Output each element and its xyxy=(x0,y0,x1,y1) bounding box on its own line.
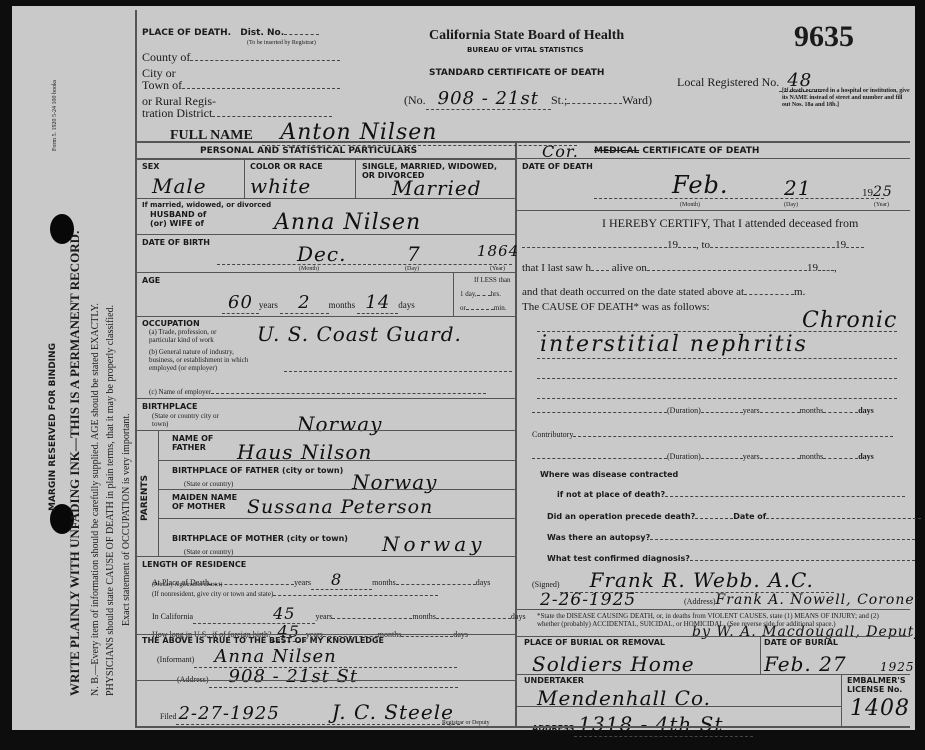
hospital-note: [If death occurred in a hospital or inst… xyxy=(782,88,912,109)
rule xyxy=(453,272,454,316)
rule xyxy=(135,680,515,681)
contributory-field: Contributory xyxy=(532,430,893,439)
spouse-value: Anna Nilsen xyxy=(274,210,421,235)
physicians-instructions: PHYSICIANS should state CAUSE OF DEATH i… xyxy=(105,305,116,696)
if-not-field: if not at place of death? xyxy=(557,490,905,499)
certify-text: I HEREBY CERTIFY, That I attended deceas… xyxy=(602,216,858,231)
burial-date-label: DATE OF BURIAL xyxy=(764,638,838,647)
cause-value-1: Chronic xyxy=(802,308,897,333)
birthplace-note: (State or country city or town) xyxy=(152,412,232,428)
father-birthplace-label: BIRTHPLACE OF FATHER (city or town) xyxy=(172,466,343,475)
cause-line-4 xyxy=(537,398,897,399)
father-birthplace-value: Norway xyxy=(352,470,437,494)
knowledge-label: THE ABOVE IS TRUE TO THE BEST OF MY KNOW… xyxy=(142,636,384,645)
operation-field: Did an operation precede death?Date of xyxy=(547,512,921,521)
california-field: In California45yearsmonthsdays xyxy=(152,604,526,623)
rule xyxy=(135,158,515,160)
cause-line-2 xyxy=(537,358,897,359)
rule xyxy=(515,210,910,211)
father-birthplace-note: (State or country) xyxy=(184,480,233,488)
rule xyxy=(135,316,515,317)
occ-c-field: (c) Name of employer xyxy=(149,388,486,396)
column-divider xyxy=(515,141,517,726)
mother-value: Sussana Peterson xyxy=(247,496,433,518)
occ-b-line xyxy=(284,371,512,372)
birthplace-value: Norway xyxy=(297,412,382,436)
test-field: What test confirmed diagnosis? xyxy=(547,554,915,563)
dod-label: DATE OF DEATH xyxy=(522,162,593,171)
medical-section-title: MEDICAL CERTIFICATE OF DEATH xyxy=(594,146,759,156)
rule xyxy=(135,234,515,235)
form-left-border xyxy=(135,10,137,726)
street-field: (No.908 - 21stSt.;Ward) xyxy=(404,88,652,109)
occ-a-value: U. S. Coast Guard. xyxy=(257,322,462,346)
burial-place-value: Soldiers Home xyxy=(532,652,695,676)
burial-place-label: PLACE OF BURIAL OR REMOVAL xyxy=(524,638,665,647)
sex-value: Male xyxy=(152,174,207,198)
dod-day-caption: (Day) xyxy=(784,202,798,208)
color-value: white xyxy=(250,174,311,198)
rule xyxy=(841,674,842,726)
rule xyxy=(135,556,515,557)
less-than-label: If LESS than xyxy=(474,276,511,284)
cause-line-3 xyxy=(537,378,897,379)
color-label: COLOR OR RACE xyxy=(250,162,323,171)
filed-field: Filed2-27-1925 J. C. Steele xyxy=(160,700,460,724)
rule xyxy=(135,198,515,199)
rule xyxy=(760,636,761,674)
death-certificate: MARGIN RESERVED FOR BINDING WRITE PLAINL… xyxy=(12,6,915,730)
spouse-label-wife: (or) WIFE of xyxy=(150,219,204,228)
dod-line xyxy=(594,198,884,199)
dod-month-caption: (Month) xyxy=(680,202,700,208)
write-plainly-notice: WRITE PLAINLY WITH UNFADING INK—THIS IS … xyxy=(67,231,83,696)
personal-section-title: PERSONAL AND STATISTICAL PARTICULARS xyxy=(200,146,417,156)
signer-address-field: (Address)Frank A. Nowell, Coroner xyxy=(684,592,922,608)
embalmer-value: 1408 xyxy=(850,696,910,721)
undertaker-address-field: ADDRESS1318 - 4th St xyxy=(532,712,753,736)
dod-month: Feb. xyxy=(672,171,729,199)
rule xyxy=(515,158,910,159)
cause-value-2: interstitial nephritis xyxy=(540,332,808,357)
county-field: County of xyxy=(142,50,340,65)
rule xyxy=(158,460,515,461)
burial-date-value: Feb. 27 xyxy=(764,652,847,676)
certificate-number: 9635 xyxy=(794,20,854,54)
occ-b-label: (b) General nature of industry, business… xyxy=(149,348,259,372)
last-saw-field: that I last saw h alive on19, xyxy=(522,262,837,274)
occupation-label: OCCUPATION xyxy=(142,319,200,328)
occupation-instructions: Exact statement of OCCUPATION is very im… xyxy=(121,413,132,626)
nonresident-field: (If nonresident, give city or town and s… xyxy=(152,590,438,598)
one-day-field: 1 day,hrs. xyxy=(460,290,501,298)
death-time-field: and that death occurred on the date stat… xyxy=(522,286,805,298)
binding-margin: MARGIN RESERVED FOR BINDING WRITE PLAINL… xyxy=(12,6,134,730)
rule xyxy=(158,489,515,490)
undertaker-label: UNDERTAKER xyxy=(524,676,584,685)
dod-day: 21 xyxy=(784,176,811,200)
rule xyxy=(135,272,515,273)
or-min-field: ormin. xyxy=(460,304,506,312)
signed-date: 2-26-1925 xyxy=(540,590,636,610)
occ-a-label: (a) Trade, profession, or particular kin… xyxy=(149,328,244,344)
birthplace-label: BIRTHPLACE xyxy=(142,402,198,411)
dob-day: 7 xyxy=(407,242,421,266)
embalmer-label: EMBALMER'S LICENSE No. xyxy=(847,676,907,694)
bureau-title: BUREAU OF VITAL STATISTICS xyxy=(467,46,584,54)
rule xyxy=(135,430,515,431)
dod-year: 1925 xyxy=(862,184,893,200)
rule xyxy=(135,634,515,635)
age-field: 60years 2months 14days xyxy=(222,292,415,313)
dod-year-caption: (Year) xyxy=(874,202,889,208)
standard-certificate-title: STANDARD CERTIFICATE OF DEATH xyxy=(429,68,604,78)
parents-divider xyxy=(158,430,159,556)
informant-address-field: (Address)908 - 21st St xyxy=(177,666,458,687)
rule xyxy=(515,636,910,637)
place-of-death-label: PLACE OF DEATH. Dist. No. xyxy=(142,28,319,38)
town-field: Town of xyxy=(142,78,340,93)
binding-note: MARGIN RESERVED FOR BINDING xyxy=(48,343,58,511)
nb-instructions: N. B.—Every item of information should b… xyxy=(90,303,101,696)
rule xyxy=(158,518,515,519)
burial-year: 1925 xyxy=(880,660,915,674)
age-label: AGE xyxy=(142,276,160,285)
autopsy-field: Was there an autopsy? xyxy=(547,533,915,542)
dob-year: 1864 xyxy=(477,242,519,260)
residence-label: LENGTH OF RESIDENCE xyxy=(142,560,246,569)
form-number: Form 5. 1920 5-24 100 books xyxy=(52,80,58,151)
header-rule xyxy=(135,141,910,143)
rule xyxy=(244,158,245,198)
mother-birthplace-label: BIRTHPLACE OF MOTHER (city or town) xyxy=(172,534,348,543)
rule xyxy=(515,674,910,675)
rule xyxy=(135,398,515,399)
signed-field: (Signed)Frank R. Webb. A.C. xyxy=(532,568,834,592)
rule xyxy=(515,706,841,707)
bottom-rule xyxy=(135,726,910,728)
attended-dates-field: 19, to19 xyxy=(522,239,864,251)
dob-line xyxy=(217,264,512,265)
duration-field-2: (Duration)yearsmonthsdays xyxy=(532,452,874,461)
district-field: tration District xyxy=(142,106,332,121)
mother-label: MAIDEN NAME OF MOTHER xyxy=(172,493,247,511)
sex-label: SEX xyxy=(142,162,159,171)
at-place-note: (Primary registration district) xyxy=(152,582,222,588)
father-label: NAME OF FATHER xyxy=(172,434,232,452)
where-contracted-label: Where was disease contracted xyxy=(540,470,678,479)
marital-value: Married xyxy=(392,176,482,200)
spouse-label-note: If married, widowed, or divorced xyxy=(142,201,271,209)
dist-no-note: (To be inserted by Registrar) xyxy=(247,40,316,46)
spouse-label-husband: HUSBAND of xyxy=(150,210,206,219)
mother-birthplace-value: Norway xyxy=(382,532,485,556)
rule xyxy=(515,609,910,610)
dob-month: Dec. xyxy=(297,242,346,266)
duration-field-1: (Duration)yearsmonthsdays xyxy=(532,406,874,415)
board-title: California State Board of Health xyxy=(429,28,624,44)
cause-label: The CAUSE OF DEATH* was as follows: xyxy=(522,301,710,313)
mother-birthplace-note: (State or country) xyxy=(184,548,233,556)
informant-field: (Informant)Anna Nilsen xyxy=(157,646,457,667)
dob-label: DATE OF BIRTH xyxy=(142,238,210,247)
parents-label: PARENTS xyxy=(140,475,150,521)
rule xyxy=(355,158,356,198)
